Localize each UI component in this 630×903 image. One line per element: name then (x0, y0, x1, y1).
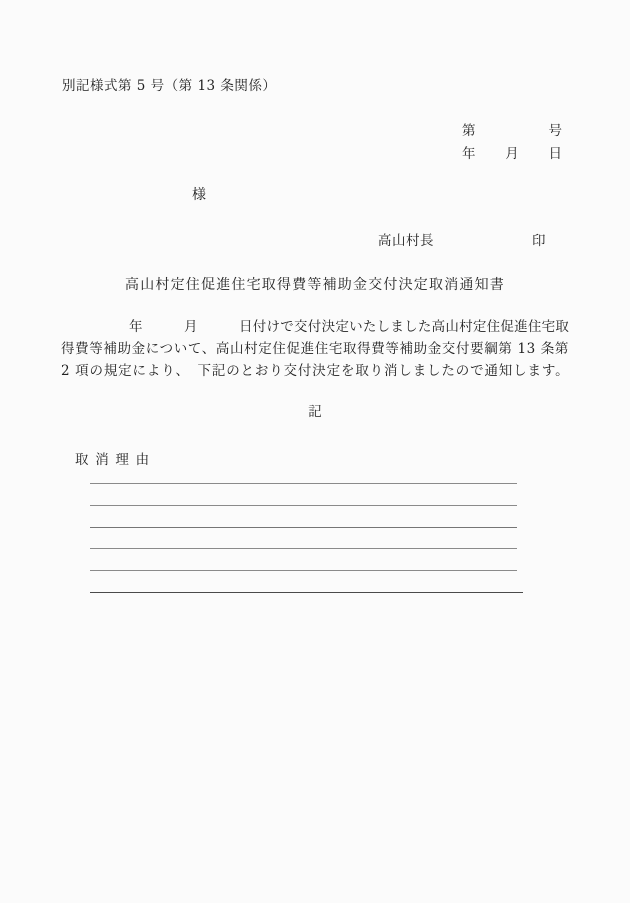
blank-rule-line (90, 483, 517, 484)
doc-number-suffix: 号 (549, 125, 563, 139)
document-title: 高山村定住促進住宅取得費等補助金交付決定取消通知書 (0, 278, 630, 292)
blank-rule-line (90, 570, 517, 571)
sender-name: 高山村長 (378, 235, 434, 249)
sender-line: 高山村長 印 (378, 235, 546, 249)
date-year-label: 年 (462, 148, 476, 162)
doc-number-line: 第 号 (462, 125, 562, 139)
blank-rule-line (90, 505, 517, 506)
blank-rule-line (90, 592, 523, 593)
addressee-honorific: 様 (192, 188, 206, 202)
blank-rule-line (90, 548, 517, 549)
doc-number-prefix: 第 (462, 125, 476, 139)
date-day-label: 日 (549, 148, 563, 162)
date-month-label: 月 (505, 148, 519, 162)
body-line-2: 得費等補助金について、高山村定住促進住宅取得費等補助金交付要綱第 13 条第 (61, 343, 569, 357)
cancel-reason-label: 取 消 理 由 (75, 454, 150, 468)
blank-rule-line (90, 527, 517, 528)
date-line: 年 月 日 (462, 148, 562, 162)
form-style-label: 別記様式第 5 号（第 13 条関係） (62, 80, 276, 94)
record-marker: 記 (0, 406, 630, 420)
seal-placeholder: 印 (532, 235, 546, 249)
document-page: 別記様式第 5 号（第 13 条関係） 第 号 年 月 日 様 高山村長 印 高… (0, 0, 630, 903)
body-line-3: 2 項の規定により、 下記のとおり交付決定を取り消しましたので通知します。 (61, 365, 569, 379)
body-line-1: 年 月 日付けで交付決定いたしました高山村定住促進住宅取 (61, 321, 569, 335)
